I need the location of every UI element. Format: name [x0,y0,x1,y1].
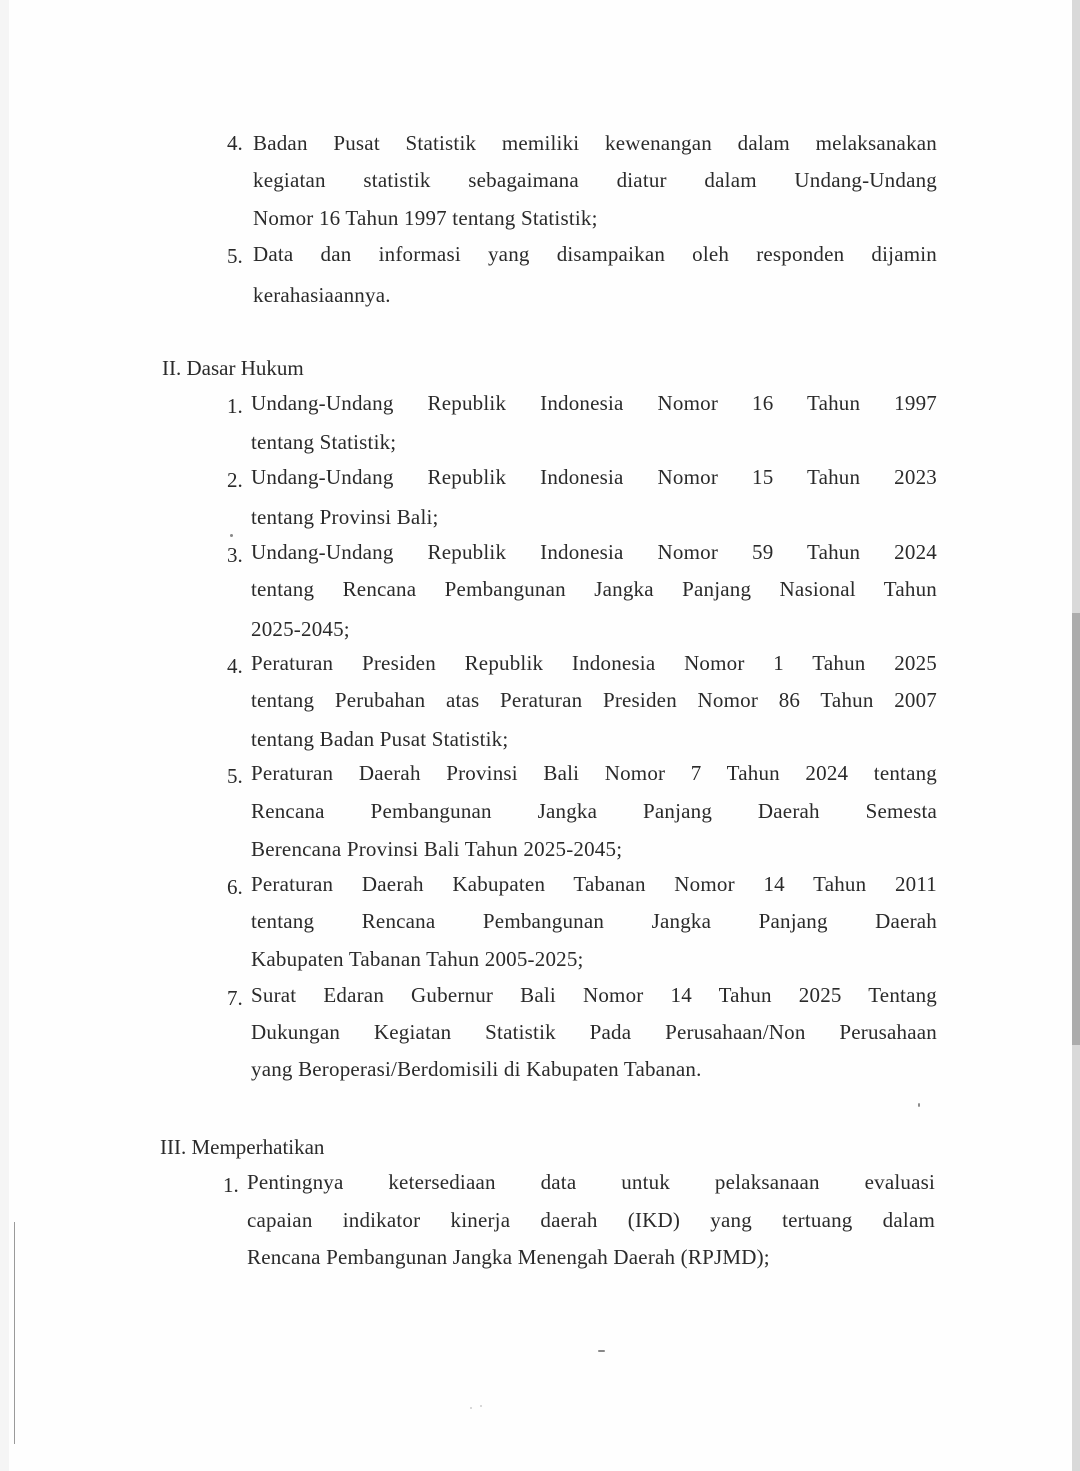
list-item-line: tentang Rencana Pembangunan Jangka Panja… [251,908,937,934]
list-item-line: Rencana Pembangunan Jangka Panjang Daera… [251,798,937,824]
vertical-scrollbar[interactable] [1072,0,1080,1471]
list-item-line: Dukungan Kegiatan Statistik Pada Perusah… [251,1019,937,1045]
list-item-line: capaian indikator kinerja daerah (IKD) y… [247,1207,935,1233]
scan-edge-mark [14,1222,15,1444]
scrollbar-thumb[interactable] [1072,613,1080,1045]
list-item-line: Undang-Undang Republik Indonesia Nomor 1… [251,390,937,416]
list-item-line: kegiatan statistik sebagaimana diatur da… [253,167,937,193]
section-heading-dasar-hukum: II. Dasar Hukum [162,355,304,381]
section-title: Dasar Hukum [187,356,304,380]
list-item-number: 3. [227,542,243,568]
section-title: Memperhatikan [191,1135,324,1159]
section-numeral: II. [162,356,181,380]
list-item-line: Peraturan Daerah Provinsi Bali Nomor 7 T… [251,760,937,786]
scan-speck [480,1405,482,1407]
list-item-number: 7. [227,985,243,1011]
list-item-line: Badan Pusat Statistik memiliki kewenanga… [253,130,937,156]
list-item-line: kerahasiaannya. [253,282,391,308]
list-item-line: tentang Statistik; [251,429,396,455]
section-heading-memperhatikan: III. Memperhatikan [160,1134,324,1160]
list-item-number: 2. [227,467,243,493]
page-left-edge [0,0,9,1471]
list-item-line: Data dan informasi yang disampaikan oleh… [253,241,937,267]
list-item-line: tentang Perubahan atas Peraturan Preside… [251,687,937,713]
list-item-number: 5. [227,763,243,789]
list-item-number: 1. [227,393,243,419]
scan-speck [230,534,233,537]
scan-speck [598,1350,605,1352]
list-item-line: tentang Badan Pusat Statistik; [251,726,508,752]
list-item-number: 4. [227,653,243,679]
list-item-number: 6. [227,874,243,900]
section-numeral: III. [160,1135,186,1159]
list-item-line: Peraturan Presiden Republik Indonesia No… [251,650,937,676]
list-item-line: tentang Provinsi Bali; [251,504,439,530]
list-item-line: Nomor 16 Tahun 1997 tentang Statistik; [253,205,598,231]
scan-speck [918,1103,920,1107]
document-page: 4. Badan Pusat Statistik memiliki kewena… [0,0,1072,1471]
list-item-number: 1. [223,1172,239,1198]
scan-speck [470,1407,472,1409]
list-item-line: Rencana Pembangunan Jangka Menengah Daer… [247,1244,770,1270]
list-item-line: Pentingnya ketersediaan data untuk pelak… [247,1169,935,1195]
list-item-line: yang Beroperasi/Berdomisili di Kabupaten… [251,1056,702,1082]
list-item-line: Surat Edaran Gubernur Bali Nomor 14 Tahu… [251,982,937,1008]
list-item-line: Undang-Undang Republik Indonesia Nomor 1… [251,464,937,490]
list-item-line: tentang Rencana Pembangunan Jangka Panja… [251,576,937,602]
list-item-line: 2025-2045; [251,616,350,642]
list-item-number: 5. [227,243,243,269]
list-item-line: Kabupaten Tabanan Tahun 2005-2025; [251,946,584,972]
list-item-number: 4. [227,130,243,156]
list-item-line: Undang-Undang Republik Indonesia Nomor 5… [251,539,937,565]
list-item-line: Peraturan Daerah Kabupaten Tabanan Nomor… [251,871,937,897]
list-item-line: Berencana Provinsi Bali Tahun 2025-2045; [251,836,622,862]
